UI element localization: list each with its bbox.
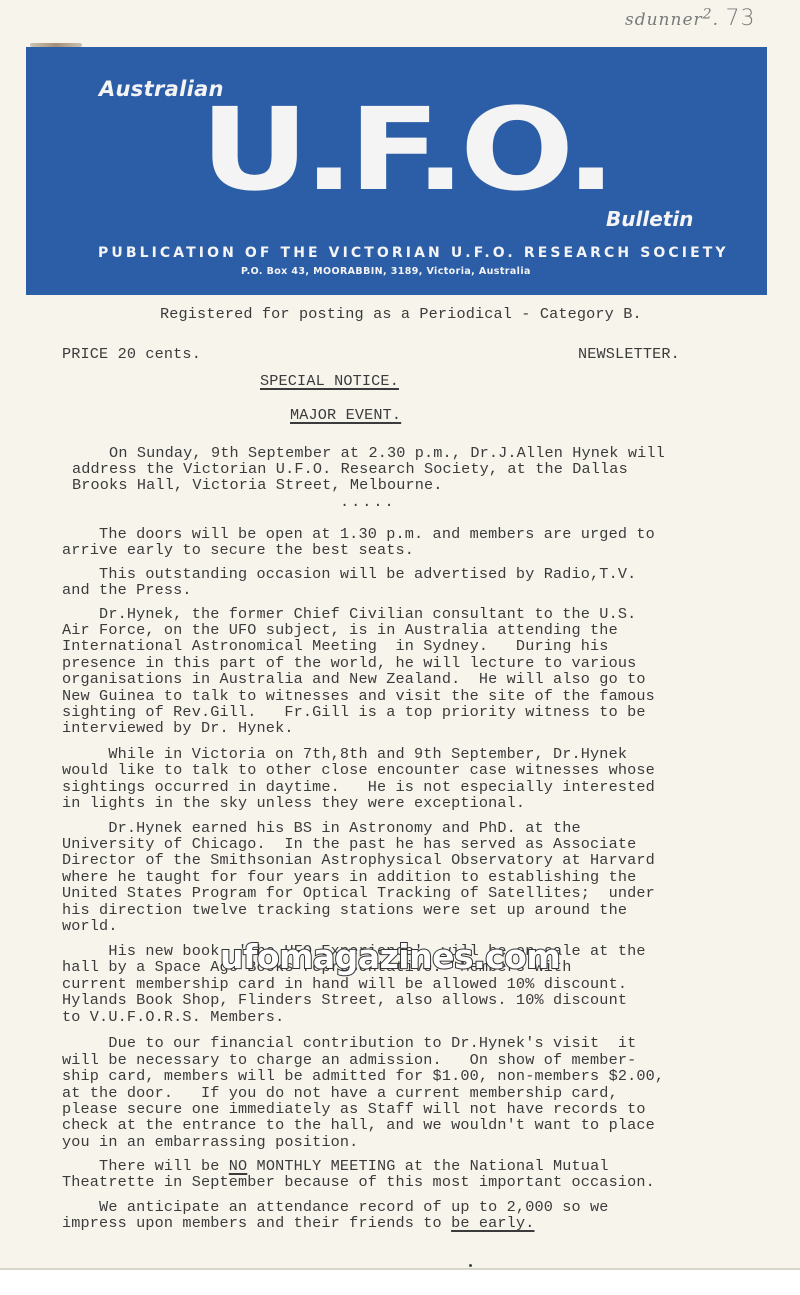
text-line: would like to talk to other close encoun…	[62, 762, 655, 779]
masthead-publication-line: PUBLICATION OF THE VICTORIAN U.F.O. RESE…	[98, 245, 729, 261]
text-line: you in an embarrassing position.	[62, 1134, 358, 1151]
watermark-logo: ufomagazines.com	[220, 937, 560, 976]
text-line: Theatrette in September because of this …	[62, 1174, 655, 1191]
handwritten-annotation: sdunner2. 73	[625, 6, 755, 31]
annotation-text: sdunner	[625, 10, 703, 30]
text-line: world.	[62, 918, 118, 935]
text-line: impress upon members and their friends t…	[62, 1215, 534, 1232]
annotation-sup: 2	[703, 6, 713, 22]
page-bottom-edge	[0, 1268, 800, 1295]
text-line: his direction twelve tracking stations w…	[62, 902, 627, 919]
text-line: Director of the Smithsonian Astrophysica…	[62, 852, 655, 869]
newsletter-label: NEWSLETTER.	[578, 346, 680, 363]
text-line: Due to our financial contribution to Dr.…	[62, 1035, 636, 1052]
masthead-ufo-title: U.F.O.	[200, 93, 611, 207]
emphasis-be-early: be early.	[451, 1214, 534, 1232]
text-line: and the Press.	[62, 582, 192, 599]
masthead-banner: Australian U.F.O. Bulletin PUBLICATION O…	[26, 47, 767, 295]
annotation-dot: .	[713, 10, 719, 30]
text-line: to V.U.F.O.R.S. Members.	[62, 1009, 284, 1026]
text-line: Hylands Book Shop, Flinders Street, also…	[62, 992, 627, 1009]
text-line: organisations in Australia and New Zeala…	[62, 671, 646, 688]
text-line: ship card, members will be admitted for …	[62, 1068, 664, 1085]
text-line: check at the entrance to the hall, and w…	[62, 1117, 655, 1134]
text-line: International Astronomical Meeting in Sy…	[62, 638, 609, 655]
annotation-number: 73	[725, 6, 755, 31]
masthead-bulletin: Bulletin	[606, 207, 693, 231]
text-span: impress upon members and their friends t…	[62, 1214, 451, 1232]
price-label: PRICE 20 cents.	[62, 346, 201, 363]
text-line: United States Program for Optical Tracki…	[62, 885, 655, 902]
registered-line: Registered for posting as a Periodical -…	[160, 306, 642, 323]
text-line: interviewed by Dr. Hynek.	[62, 720, 294, 737]
ink-speck	[469, 1264, 472, 1267]
masthead-address: P.O. Box 43, MOORABBIN, 3189, Victoria, …	[241, 266, 531, 277]
separator-dots: .....	[340, 494, 396, 511]
text-line: Brooks Hall, Victoria Street, Melbourne.	[72, 477, 443, 494]
special-notice-heading: SPECIAL NOTICE.	[260, 373, 399, 390]
major-event-heading: MAJOR EVENT.	[290, 407, 401, 424]
text-line: in lights in the sky unless they were ex…	[62, 795, 525, 812]
text-line: arrive early to secure the best seats.	[62, 542, 414, 559]
